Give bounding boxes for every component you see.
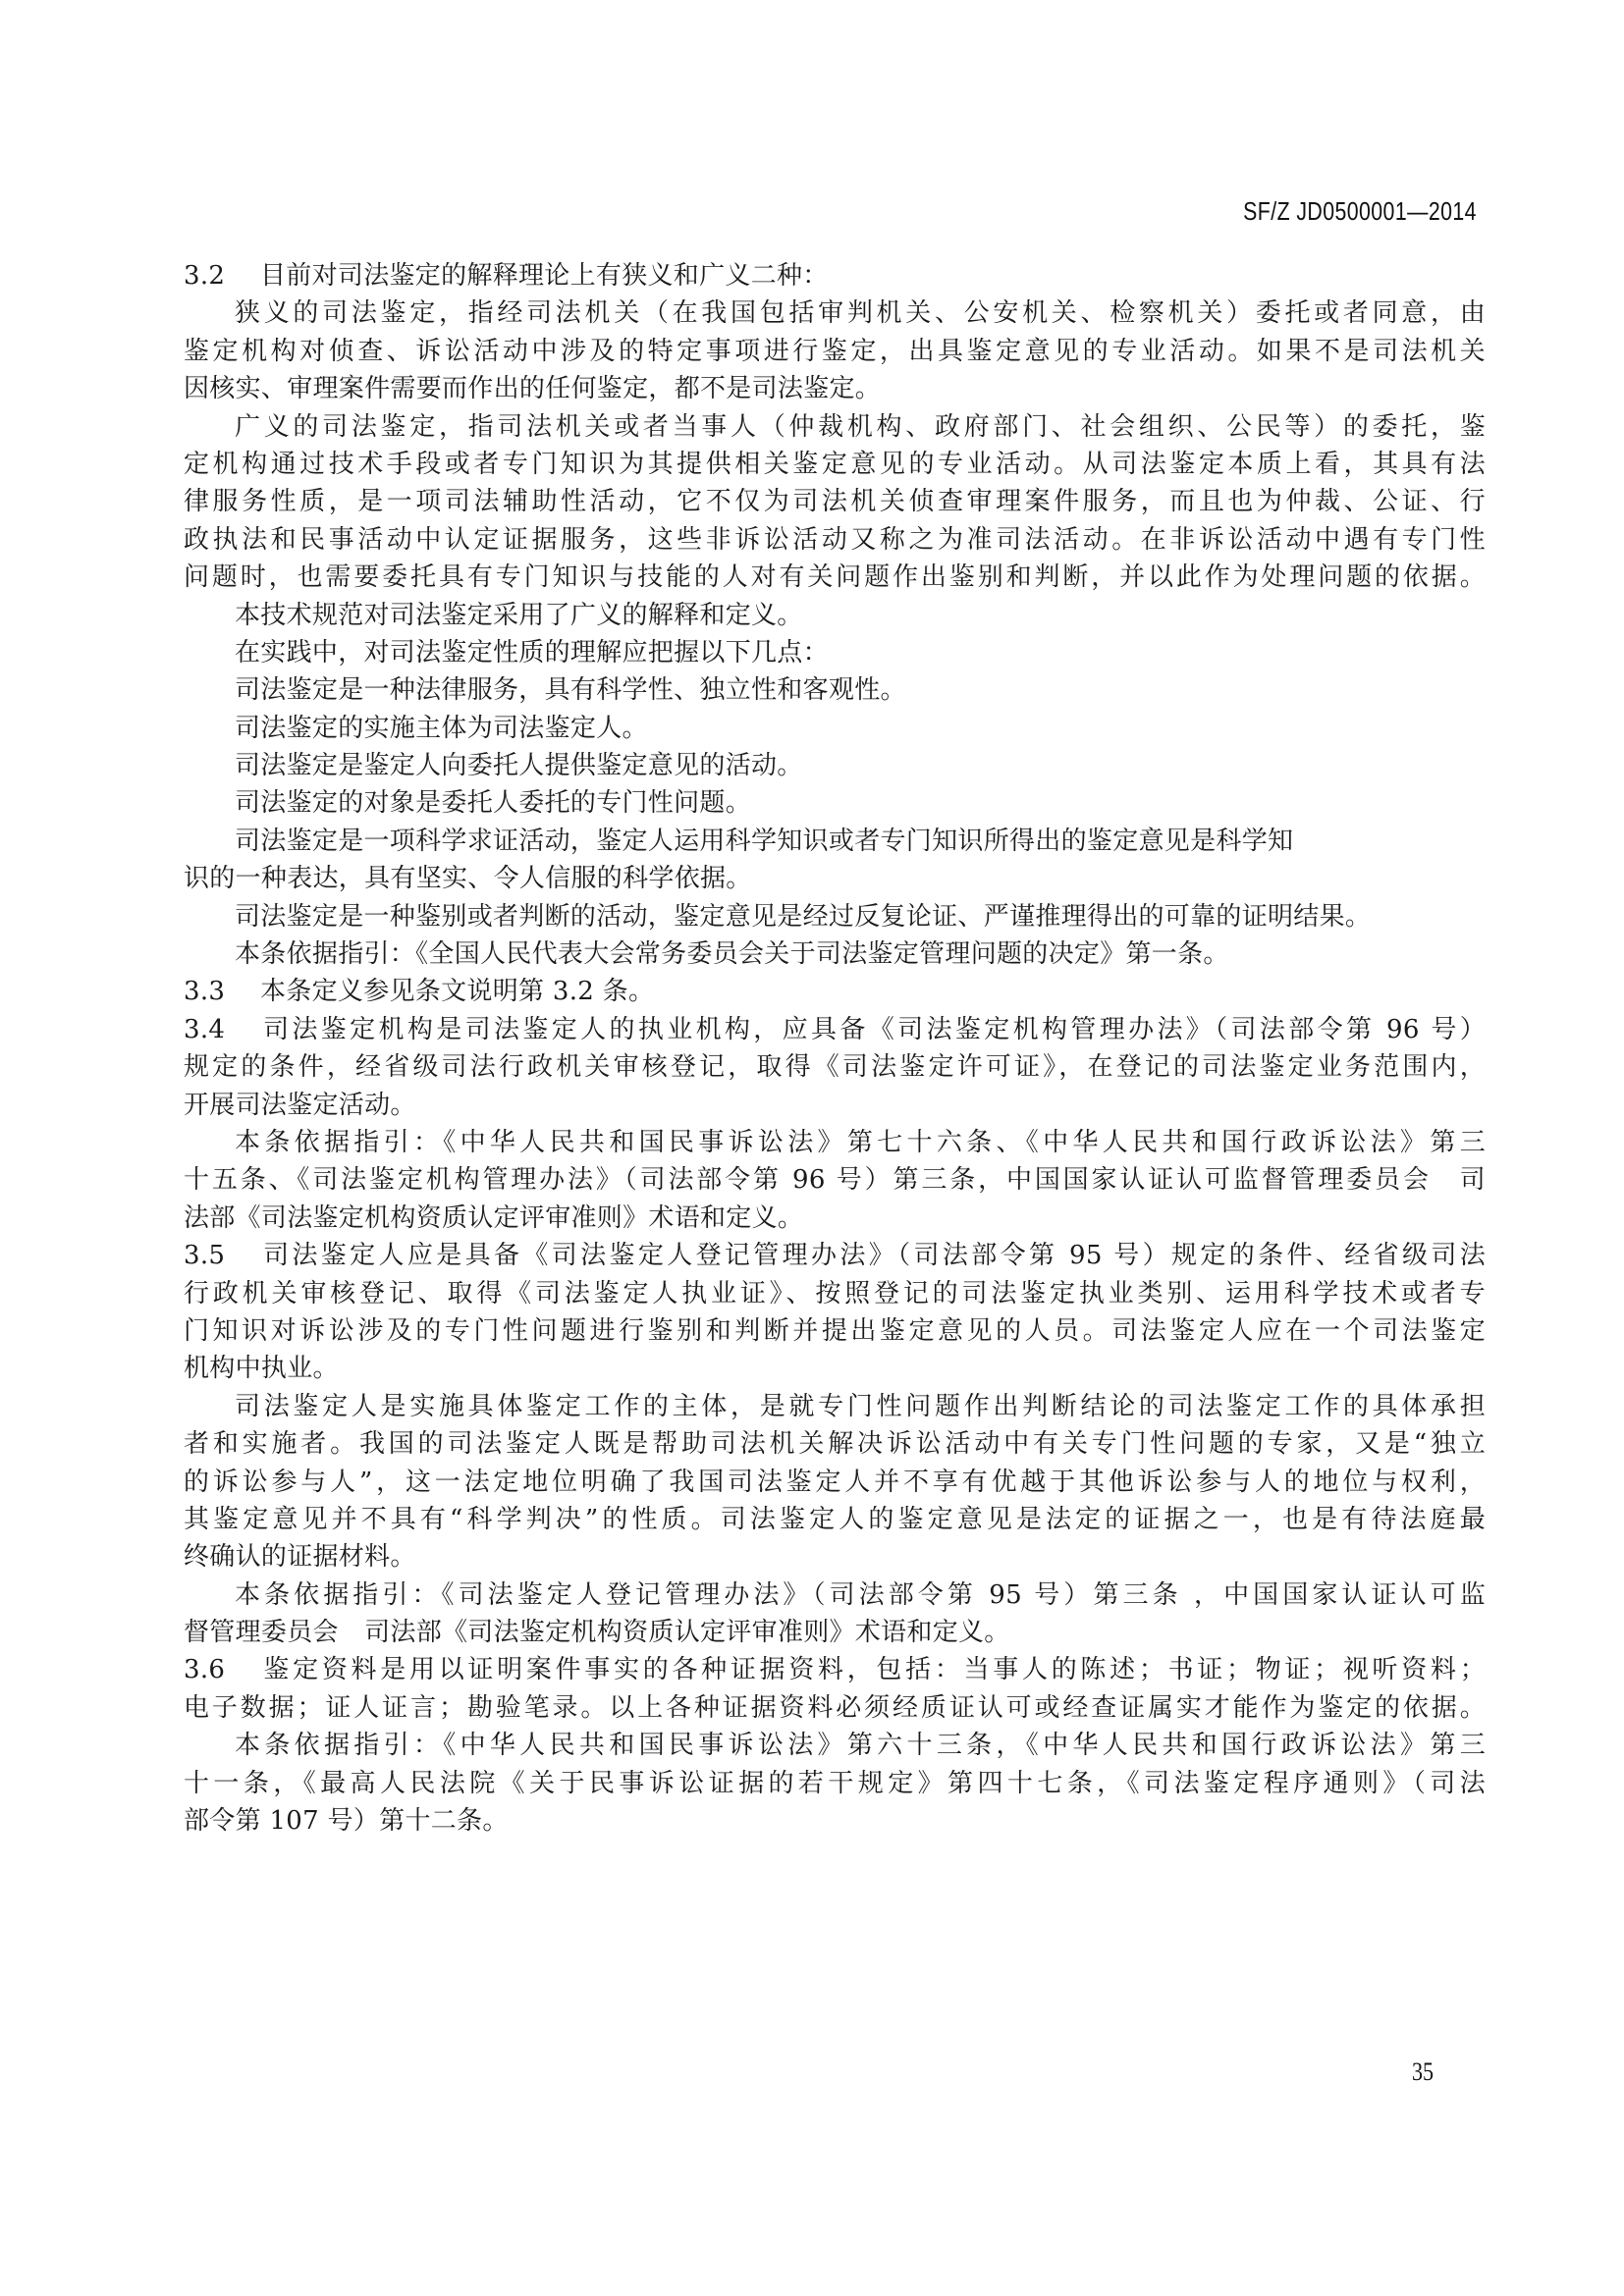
section-number: 3.5 [184, 1237, 260, 1274]
text-line: 司法鉴定的实施主体为司法鉴定人。 [184, 710, 1486, 747]
text-line: 其鉴定意见并不具有“科学判决”的性质。司法鉴定人的鉴定意见是法定的证据之一，也是… [184, 1501, 1486, 1538]
text-line: 规定的条件，经省级司法行政机关审核登记，取得《司法鉴定许可证》，在登记的司法鉴定… [184, 1048, 1486, 1086]
legal-basis-paragraph: 本条依据指引：《中华人民共和国民事诉讼法》第七十六条、《中华人民共和国行政诉讼法… [184, 1124, 1486, 1237]
paragraph-broad-definition: 广义的司法鉴定，指司法机关或者当事人（仲裁机构、政府部门、社会组织、公民等）的委… [184, 408, 1486, 597]
legal-basis-line: 本条依据指引：《全国人民代表大会常务委员会关于司法鉴定管理问题的决定》第一条。 [184, 935, 1486, 973]
text-line: 鉴定机构对侦查、诉讼活动中涉及的特定事项进行鉴定，出具鉴定意见的专业活动。如果不… [184, 333, 1486, 370]
text-line: 司法鉴定是一项科学求证活动，鉴定人运用科学知识或者专门知识所得出的鉴定意见是科学… [184, 823, 1486, 860]
text-line: 广义的司法鉴定，指司法机关或者当事人（仲裁机构、政府部门、社会组织、公民等）的委… [184, 408, 1486, 446]
text-line: 十一条，《最高人民法院《关于民事诉讼证据的若干规定》第四十七条，《司法鉴定程序通… [184, 1765, 1486, 1802]
text-line: 问题时，也需要委托具有专门知识与技能的人对有关问题作出鉴别和判断，并以此作为处理… [184, 559, 1486, 596]
section-text: 司法鉴定人应是具备《司法鉴定人登记管理办法》（司法部令第 95 号）规定的条件、… [260, 1241, 1486, 1270]
text-line: 终确认的证据材料。 [184, 1538, 1486, 1575]
section-number: 3.6 [184, 1651, 260, 1688]
text-line: 电子数据；证人证言；勘验笔录。以上各种证据资料必须经质证认可或经查证属实才能作为… [184, 1689, 1486, 1727]
page-number: 35 [1412, 2057, 1434, 2087]
section-heading-line: 3.2目前对司法鉴定的解释理论上有狭义和广义二种： [184, 257, 1486, 294]
section-3-4: 3.4司法鉴定机构是司法鉴定人的执业机构，应具备《司法鉴定机构管理办法》（司法部… [184, 1011, 1486, 1237]
text-line: 司法鉴定是鉴定人向委托人提供鉴定意见的活动。 [184, 747, 1486, 784]
legal-basis-paragraph: 本条依据指引：《司法鉴定人登记管理办法》（司法部令第 95 号）第三条 ，中国国… [184, 1576, 1486, 1652]
section-number: 3.2 [184, 257, 260, 294]
paragraph-scientific-activity: 司法鉴定是一项科学求证活动，鉴定人运用科学知识或者专门知识所得出的鉴定意见是科学… [184, 823, 1486, 898]
text-line: 政执法和民事活动中认定证据服务，这些非诉讼活动又称之为准司法活动。在非诉讼活动中… [184, 521, 1486, 559]
text-line: 本技术规范对司法鉴定采用了广义的解释和定义。 [184, 597, 1486, 634]
section-text: 本条定义参见条文说明第 3.2 条。 [260, 977, 654, 1006]
section-3-6: 3.6鉴定资料是用以证明案件事实的各种证据资料，包括：当事人的陈述；书证；物证；… [184, 1651, 1486, 1840]
section-heading-line: 3.5司法鉴定人应是具备《司法鉴定人登记管理办法》（司法部令第 95 号）规定的… [184, 1237, 1486, 1274]
text-line: 律服务性质，是一项司法辅助性活动，它不仅为司法机关侦查审理案件服务，而且也为仲裁… [184, 483, 1486, 520]
text-line: 部令第 107 号）第十二条。 [184, 1802, 1486, 1840]
text-line: 在实践中，对司法鉴定性质的理解应把握以下几点： [184, 634, 1486, 671]
legal-basis-paragraph: 本条依据指引：《中华人民共和国民事诉讼法》第六十三条，《中华人民共和国行政诉讼法… [184, 1727, 1486, 1840]
text-line: 开展司法鉴定活动。 [184, 1087, 1486, 1124]
section-heading-line: 3.3本条定义参见条文说明第 3.2 条。 [184, 973, 1486, 1010]
section-text: 目前对司法鉴定的解释理论上有狭义和广义二种： [260, 261, 829, 291]
paragraph-appraiser-role: 司法鉴定人是实施具体鉴定工作的主体，是就专门性问题作出判断结论的司法鉴定工作的具… [184, 1388, 1486, 1576]
text-line: 督管理委员会 司法部《司法鉴定机构资质认定评审准则》术语和定义。 [184, 1614, 1486, 1651]
text-line: 狭义的司法鉴定，指经司法机关（在我国包括审判机关、公安机关、检察机关）委托或者同… [184, 294, 1486, 332]
document-body: 3.2目前对司法鉴定的解释理论上有狭义和广义二种： 狭义的司法鉴定，指经司法机关… [184, 257, 1486, 1840]
section-number: 3.3 [184, 973, 260, 1010]
text-line: 本条依据指引：《中华人民共和国民事诉讼法》第六十三条，《中华人民共和国行政诉讼法… [184, 1727, 1486, 1764]
standard-code-header: SF/Z JD0500001—2014 [1243, 196, 1477, 227]
section-heading-line: 3.6鉴定资料是用以证明案件事实的各种证据资料，包括：当事人的陈述；书证；物证；… [184, 1651, 1486, 1688]
text-line: 司法鉴定是一种法律服务，具有科学性、独立性和客观性。 [184, 671, 1486, 709]
text-line: 行政机关审核登记、取得《司法鉴定人执业证》、按照登记的司法鉴定执业类别、运用科学… [184, 1275, 1486, 1312]
text-line: 本条依据指引：《中华人民共和国民事诉讼法》第七十六条、《中华人民共和国行政诉讼法… [184, 1124, 1486, 1161]
text-line: 本条依据指引：《司法鉴定人登记管理办法》（司法部令第 95 号）第三条 ，中国国… [184, 1576, 1486, 1614]
section-3-3: 3.3本条定义参见条文说明第 3.2 条。 [184, 973, 1486, 1010]
text-line: 者和实施者。我国的司法鉴定人既是帮助司法机关解决诉讼活动中有关专门性问题的专家，… [184, 1425, 1486, 1463]
text-line: 识的一种表达，具有坚实、令人信服的科学依据。 [184, 860, 1486, 897]
section-number: 3.4 [184, 1011, 260, 1048]
text-line: 的诉讼参与人”，这一法定地位明确了我国司法鉴定人并不享有优越于其他诉讼参与人的地… [184, 1464, 1486, 1501]
section-heading-line: 3.4司法鉴定机构是司法鉴定人的执业机构，应具备《司法鉴定机构管理办法》（司法部… [184, 1011, 1486, 1048]
text-line: 门知识对诉讼涉及的专门性问题进行鉴别和判断并提出鉴定意见的人员。司法鉴定人应在一… [184, 1312, 1486, 1350]
text-line: 定机构通过技术手段或者专门知识为其提供相关鉴定意见的专业活动。从司法鉴定本质上看… [184, 446, 1486, 483]
text-line: 司法鉴定人是实施具体鉴定工作的主体，是就专门性问题作出判断结论的司法鉴定工作的具… [184, 1388, 1486, 1425]
text-line: 十五条、《司法鉴定机构管理办法》（司法部令第 96 号）第三条，中国国家认证认可… [184, 1161, 1486, 1199]
section-3-5: 3.5司法鉴定人应是具备《司法鉴定人登记管理办法》（司法部令第 95 号）规定的… [184, 1237, 1486, 1651]
text-line: 法部《司法鉴定机构资质认定评审准则》术语和定义。 [184, 1200, 1486, 1237]
text-line: 司法鉴定是一种鉴别或者判断的活动，鉴定意见是经过反复论证、严谨推理得出的可靠的证… [184, 898, 1486, 935]
text-line: 机构中执业。 [184, 1350, 1486, 1387]
section-3-2: 3.2目前对司法鉴定的解释理论上有狭义和广义二种： 狭义的司法鉴定，指经司法机关… [184, 257, 1486, 973]
section-text: 鉴定资料是用以证明案件事实的各种证据资料，包括：当事人的陈述；书证；物证；视听资… [260, 1655, 1486, 1684]
text-line: 司法鉴定的对象是委托人委托的专门性问题。 [184, 784, 1486, 822]
section-text: 司法鉴定机构是司法鉴定人的执业机构，应具备《司法鉴定机构管理办法》（司法部令第 … [260, 1015, 1486, 1044]
text-line: 因核实、审理案件需要而作出的任何鉴定，都不是司法鉴定。 [184, 370, 1486, 407]
paragraph-narrow-definition: 狭义的司法鉴定，指经司法机关（在我国包括审判机关、公安机关、检察机关）委托或者同… [184, 294, 1486, 407]
